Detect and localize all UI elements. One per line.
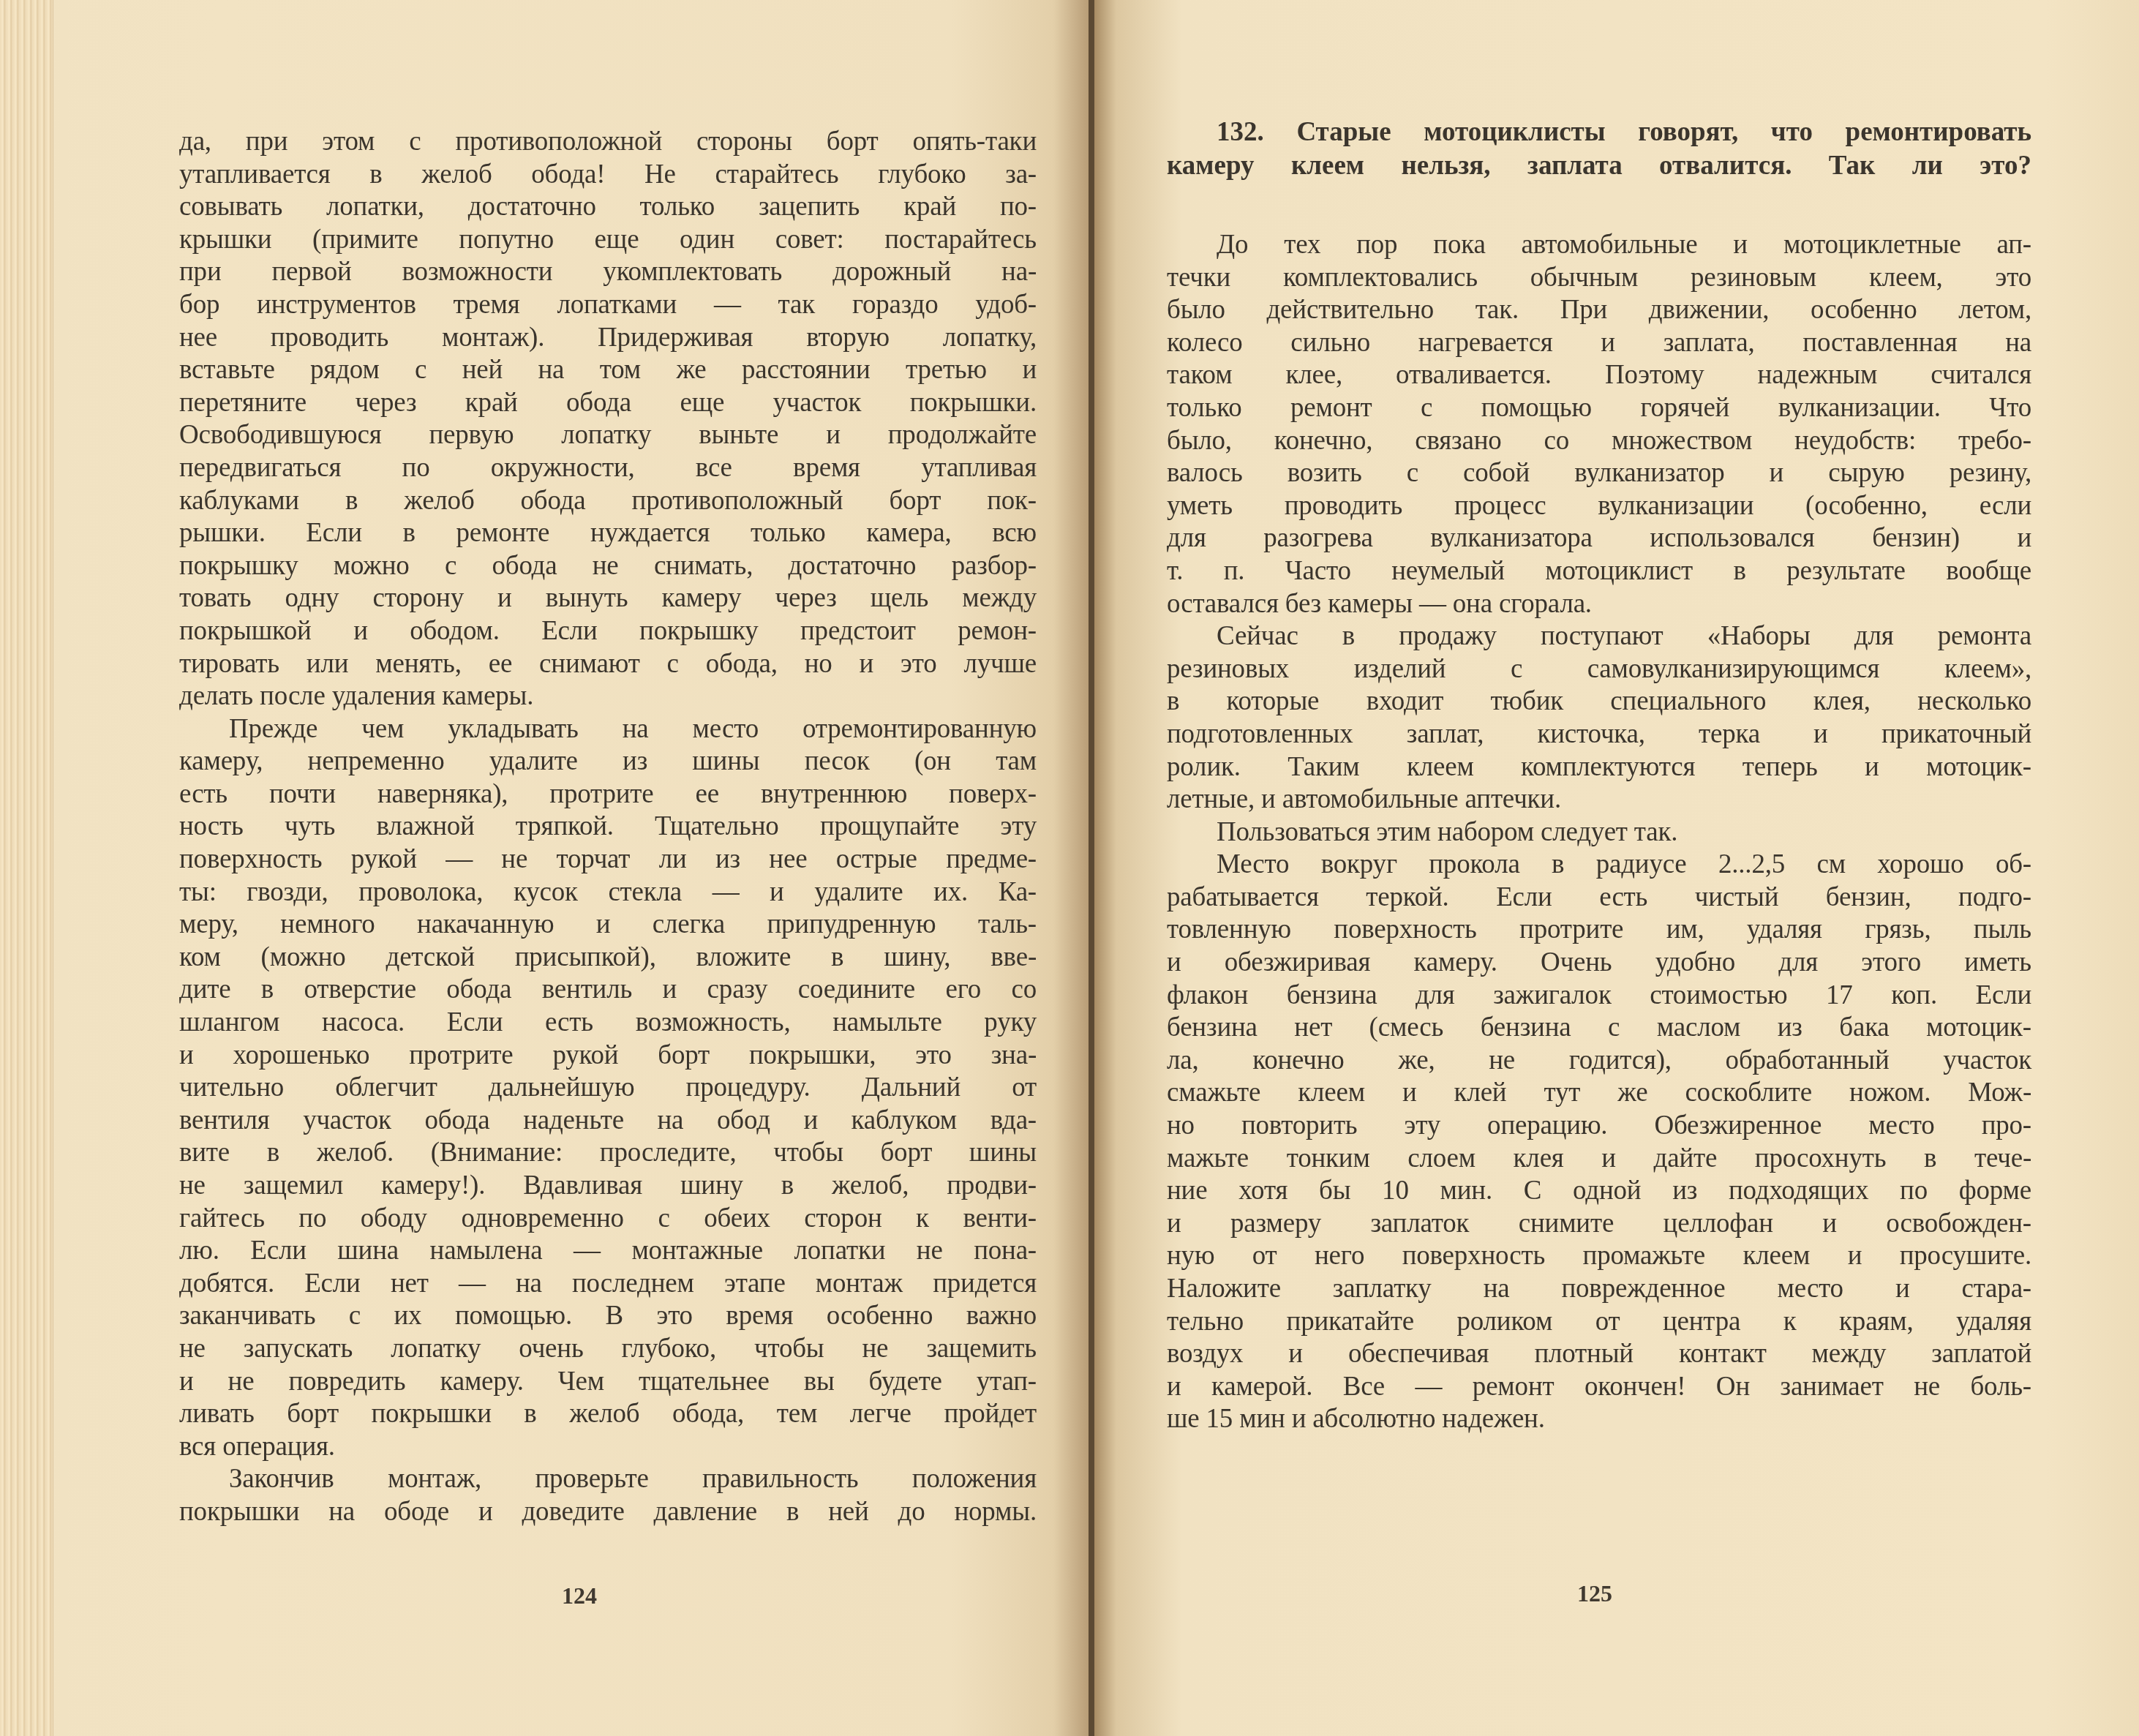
paragraph-start-line: Сейчас в продажу поступают «Наборы для р…: [1167, 620, 2031, 653]
text-line: воздух и обеспечивая плотный контакт меж…: [1167, 1338, 2031, 1371]
text-line: вся операция.: [179, 1431, 1037, 1464]
right-page-body: До тех пор пока автомобильные и мотоцикл…: [1167, 229, 2031, 1436]
text-line: и не повредить камеру. Чем тщательнее вы…: [179, 1366, 1037, 1399]
text-line: вите в желоб. (Внимание: проследите, что…: [179, 1137, 1037, 1170]
text-line: и камерой. Все — ремонт окончен! Он зани…: [1167, 1371, 2031, 1404]
left-page: да, при этом с противоположной стороны б…: [0, 0, 1089, 1736]
text-line: уметь проводить процесс вулканизации (ос…: [1167, 490, 2031, 523]
text-line: таком клее, отваливается. Поэтому надежн…: [1167, 359, 2031, 392]
text-line: каблуками в желоб обода противоположный …: [179, 485, 1037, 518]
text-line: покрышку можно с обода не снимать, доста…: [179, 550, 1037, 583]
text-line: шлангом насоса. Если есть возможность, н…: [179, 1007, 1037, 1040]
text-line: поверхность рукой — не торчат ли из нее …: [179, 843, 1037, 876]
text-line: лю. Если шина намылена — монтажные лопат…: [179, 1235, 1037, 1268]
text-line: и хорошенько протрите рукой борт покрышк…: [179, 1040, 1037, 1072]
text-line: не защемил камеру!). Вдавливая шину в же…: [179, 1170, 1037, 1203]
text-line: передвигаться по окружности, все время у…: [179, 452, 1037, 485]
text-line: подготовленных заплат, кисточка, терка и…: [1167, 718, 2031, 751]
text-line: колесо сильно нагревается и заплата, пос…: [1167, 327, 2031, 360]
text-line: нее проводить монтаж). Придерживая втору…: [179, 322, 1037, 355]
text-line: меру, немного накачанную и слегка припуд…: [179, 909, 1037, 942]
paragraph-start-line: Место вокруг прокола в радиусе 2...2,5 с…: [1167, 849, 2031, 882]
text-line: да, при этом с противоположной стороны б…: [179, 126, 1037, 159]
text-line: т. п. Часто неумелый мотоциклист в резул…: [1167, 555, 2031, 588]
text-line: ты: гвозди, проволока, кусок стекла — и …: [179, 876, 1037, 909]
text-line: камеру, непременно удалите из шины песок…: [179, 745, 1037, 778]
book-gutter: [1089, 0, 1094, 1736]
page-edges: [0, 0, 53, 1736]
text-line: тельно прикатайте роликом от центра к кр…: [1167, 1306, 2031, 1339]
text-line: ние хотя бы 10 мин. С одной из подходящи…: [1167, 1175, 2031, 1208]
text-line: бензина нет (смесь бензина с маслом из б…: [1167, 1012, 2031, 1045]
heading-line: камеру клеем нельзя, заплата отвалится. …: [1167, 149, 2031, 183]
text-line: ную от него поверхность промажьте клеем …: [1167, 1240, 2031, 1273]
text-line: ливать борт покрышки в желоб обода, тем …: [179, 1398, 1037, 1431]
text-line: тировать или менять, ее снимают с обода,…: [179, 648, 1037, 681]
text-line: и размеру заплаток снимите целлофан и ос…: [1167, 1208, 2031, 1241]
text-line: рышки. Если в ремонте нуждается только к…: [179, 517, 1037, 550]
text-line: течки комплектовались обычным резиновым …: [1167, 262, 2031, 295]
text-line: добятся. Если нет — на последнем этапе м…: [179, 1268, 1037, 1301]
text-line: рабатывается теркой. Если есть чистый бе…: [1167, 882, 2031, 914]
text-line: Наложите заплатку на поврежденное место …: [1167, 1273, 2031, 1306]
paragraph-start-line: Прежде чем укладывать на место отремонти…: [179, 713, 1037, 746]
text-line: смажьте клеем и клей тут же соскоблите н…: [1167, 1077, 2031, 1110]
text-line: только ремонт с помощью горячей вулканиз…: [1167, 392, 2031, 425]
text-line: ком (можно детской присыпкой), вложите в…: [179, 942, 1037, 974]
text-line: ше 15 мин и абсолютно надежен.: [1167, 1403, 2031, 1436]
right-page: 132. Старые мотоциклисты говорят, что ре…: [1094, 0, 2139, 1736]
page-number: 125: [1577, 1580, 1612, 1607]
text-line: Освободившуюся первую лопатку выньте и п…: [179, 419, 1037, 452]
section-heading: 132. Старые мотоциклисты говорят, что ре…: [1167, 116, 2031, 183]
text-line: вентиля участок обода наденьте на обод и…: [179, 1105, 1037, 1138]
text-line: было, конечно, связано со множеством неу…: [1167, 425, 2031, 458]
text-line: есть почти наверняка), протрите ее внутр…: [179, 778, 1037, 811]
text-line: было действительно так. При движении, ос…: [1167, 294, 2031, 327]
page-number: 124: [562, 1582, 597, 1609]
heading-line: 132. Старые мотоциклисты говорят, что ре…: [1167, 116, 2031, 149]
text-line: вставьте рядом с ней на том же расстояни…: [179, 354, 1037, 387]
text-line: делать после удаления камеры.: [179, 680, 1037, 713]
text-line: флакон бензина для зажигалок стоимостью …: [1167, 980, 2031, 1012]
text-line: бор инструментов тремя лопатками — так г…: [179, 289, 1037, 322]
text-line: мажьте тонким слоем клея и дайте просохн…: [1167, 1143, 2031, 1176]
text-line: дите в отверстие обода вентиль и сразу с…: [179, 974, 1037, 1007]
text-line: и обезжиривая камеру. Очень удобно для э…: [1167, 947, 2031, 980]
text-line: совывать лопатки, достаточно только заце…: [179, 191, 1037, 224]
book-spread: да, при этом с противоположной стороны б…: [0, 0, 2139, 1736]
text-line: товать одну сторону и вынуть камеру чере…: [179, 582, 1037, 615]
text-line: ла, конечно же, не годится), обработанны…: [1167, 1045, 2031, 1078]
text-line: при первой возможности укомплектовать до…: [179, 256, 1037, 289]
text-line: в которые входит тюбик специального клея…: [1167, 685, 2031, 718]
text-line: крышки (примите попутно еще один совет: …: [179, 224, 1037, 257]
text-line: гайтесь по ободу одновременно с обеих ст…: [179, 1203, 1037, 1236]
text-line: ность чуть влажной тряпкой. Тщательно пр…: [179, 811, 1037, 843]
text-line: не запускать лопатку очень глубоко, чтоб…: [179, 1333, 1037, 1366]
text-line: перетяните через край обода еще участок …: [179, 387, 1037, 420]
text-line: чительно облегчит дальнейшую процедуру. …: [179, 1072, 1037, 1105]
paragraph-start-line: До тех пор пока автомобильные и мотоцикл…: [1167, 229, 2031, 262]
text-line: утапливается в желоб обода! Не старайтес…: [179, 159, 1037, 192]
text-line: летные, и автомобильные аптечки.: [1167, 784, 2031, 816]
text-line: покрышкой и ободом. Если покрышку предст…: [179, 615, 1037, 648]
left-page-body: да, при этом с противоположной стороны б…: [179, 126, 1037, 1529]
text-line: резиновых изделий с самовулканизирующимс…: [1167, 653, 2031, 686]
text-line: валось возить с собой вулканизатор и сыр…: [1167, 457, 2031, 490]
text-line: для разогрева вулканизатора использовалс…: [1167, 522, 2031, 555]
text-line: покрышки на ободе и доведите давление в …: [179, 1496, 1037, 1529]
text-line: ролик. Таким клеем комплектуются теперь …: [1167, 751, 2031, 784]
paragraph-start-line: Закончив монтаж, проверьте правильность …: [179, 1463, 1037, 1496]
text-line: но повторить эту операцию. Обезжиренное …: [1167, 1110, 2031, 1143]
text-line: товленную поверхность протрите им, удаля…: [1167, 914, 2031, 947]
text-line: оставался без камеры — она сгорала.: [1167, 588, 2031, 621]
text-line: заканчивать с их помощью. В это время ос…: [179, 1300, 1037, 1333]
paragraph-start-line: Пользоваться этим набором следует так.: [1167, 816, 2031, 849]
